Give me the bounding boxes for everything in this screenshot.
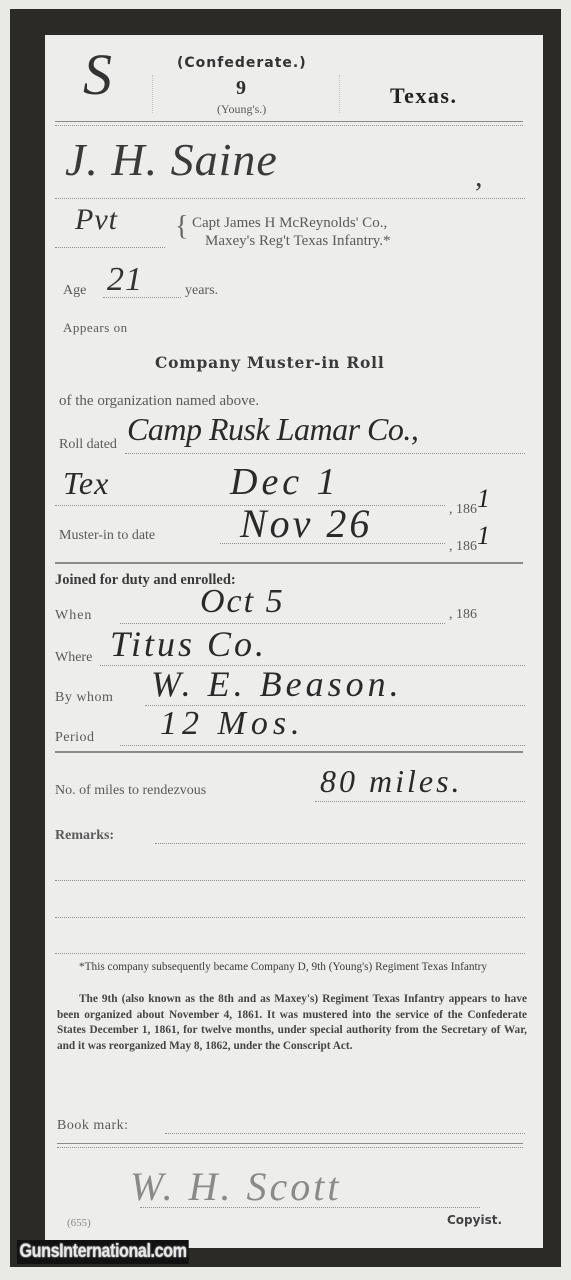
period-line bbox=[120, 745, 525, 746]
soldier-rank: Pvt bbox=[75, 203, 118, 237]
roll-dated-label: Roll dated bbox=[59, 437, 117, 453]
remarks-line-4 bbox=[55, 953, 525, 954]
muster-year-prefix: , 186 bbox=[449, 539, 477, 554]
company-line-1: Capt James H McReynolds' Co., bbox=[192, 215, 387, 232]
miles-label: No. of miles to rendezvous bbox=[55, 783, 206, 799]
regiment-number: 9 bbox=[236, 77, 246, 100]
header-rule bbox=[55, 121, 523, 122]
book-mark-rule bbox=[57, 1143, 523, 1144]
period-label: Period bbox=[55, 730, 95, 746]
remarks-line-3 bbox=[55, 917, 525, 918]
roll-dated-date: Dec 1 bbox=[230, 460, 340, 504]
muster-year-suffix: 1 bbox=[477, 521, 491, 550]
miles-line bbox=[315, 801, 525, 802]
watermark-logo: GunsInternational.com bbox=[17, 1240, 189, 1264]
muster-year: , 1861 bbox=[449, 527, 491, 557]
joined-rule bbox=[55, 562, 523, 564]
miles-rule bbox=[55, 751, 523, 753]
muster-date-line bbox=[220, 543, 445, 544]
by-whom-value: W. E. Beason. bbox=[151, 663, 403, 705]
soldier-name-comma: , bbox=[475, 160, 484, 194]
header-rule-2 bbox=[55, 125, 523, 126]
roll-dated-state: Tex bbox=[63, 465, 109, 502]
header-divider-left bbox=[152, 75, 153, 113]
copyist-signature: W. H. Scott bbox=[130, 1163, 342, 1210]
company-brace: { bbox=[175, 213, 188, 241]
footnote-history: The 9th (also known as the 8th and as Ma… bbox=[57, 992, 527, 1054]
soldier-name: J. H. Saine bbox=[65, 135, 278, 185]
age-unit: years. bbox=[185, 283, 218, 299]
state-label: Texas. bbox=[390, 83, 457, 109]
roll-dated-year-suffix: 1 bbox=[477, 484, 491, 513]
age-value: 21 bbox=[107, 261, 143, 299]
miles-value: 80 miles. bbox=[320, 763, 463, 800]
regiment-alias: (Young's.) bbox=[217, 102, 266, 117]
copyist-line bbox=[140, 1207, 480, 1208]
form-number: (655) bbox=[67, 1217, 91, 1229]
when-year: , 186 bbox=[449, 607, 477, 623]
age-label: Age bbox=[63, 283, 86, 299]
sheet-letter: S bbox=[83, 45, 113, 105]
appears-on-label: Appears on bbox=[63, 320, 128, 336]
company-line-2: Maxey's Reg't Texas Infantry.* bbox=[205, 233, 391, 250]
rank-line bbox=[55, 247, 165, 248]
copyist-label: Copyist. bbox=[447, 1213, 502, 1227]
book-mark-line bbox=[165, 1133, 525, 1134]
when-value: Oct 5 bbox=[200, 583, 285, 621]
remarks-label: Remarks: bbox=[55, 828, 114, 844]
government-label: (Confederate.) bbox=[177, 55, 307, 71]
muster-card: S (Confederate.) 9 (Young's.) Texas. J. … bbox=[45, 35, 543, 1248]
header-divider-right bbox=[339, 75, 340, 113]
period-value: 12 Mos. bbox=[160, 705, 305, 743]
roll-dated-place: Camp Rusk Lamar Co., bbox=[127, 411, 418, 448]
roll-dated-year: , 1861 bbox=[449, 490, 491, 520]
muster-date-value: Nov 26 bbox=[240, 500, 372, 547]
when-label: When bbox=[55, 608, 92, 624]
remarks-line-1 bbox=[155, 843, 525, 844]
book-mark-rule-2 bbox=[57, 1147, 523, 1148]
where-value: Titus Co. bbox=[110, 623, 267, 665]
muster-date-label: Muster-in to date bbox=[59, 528, 155, 544]
name-line bbox=[55, 198, 525, 199]
roll-dated-year-prefix: , 186 bbox=[449, 502, 477, 517]
age-line bbox=[103, 297, 181, 298]
of-organization-label: of the organization named above. bbox=[59, 393, 259, 410]
remarks-line-2 bbox=[55, 880, 525, 881]
footnote-company: *This company subsequently became Compan… bbox=[57, 960, 527, 976]
roll-dated-line bbox=[125, 453, 525, 454]
book-mark-label: Book mark: bbox=[57, 1118, 129, 1134]
by-whom-label: By whom bbox=[55, 690, 113, 706]
roll-title: Company Muster-in Roll bbox=[155, 353, 385, 372]
where-label: Where bbox=[55, 650, 92, 666]
